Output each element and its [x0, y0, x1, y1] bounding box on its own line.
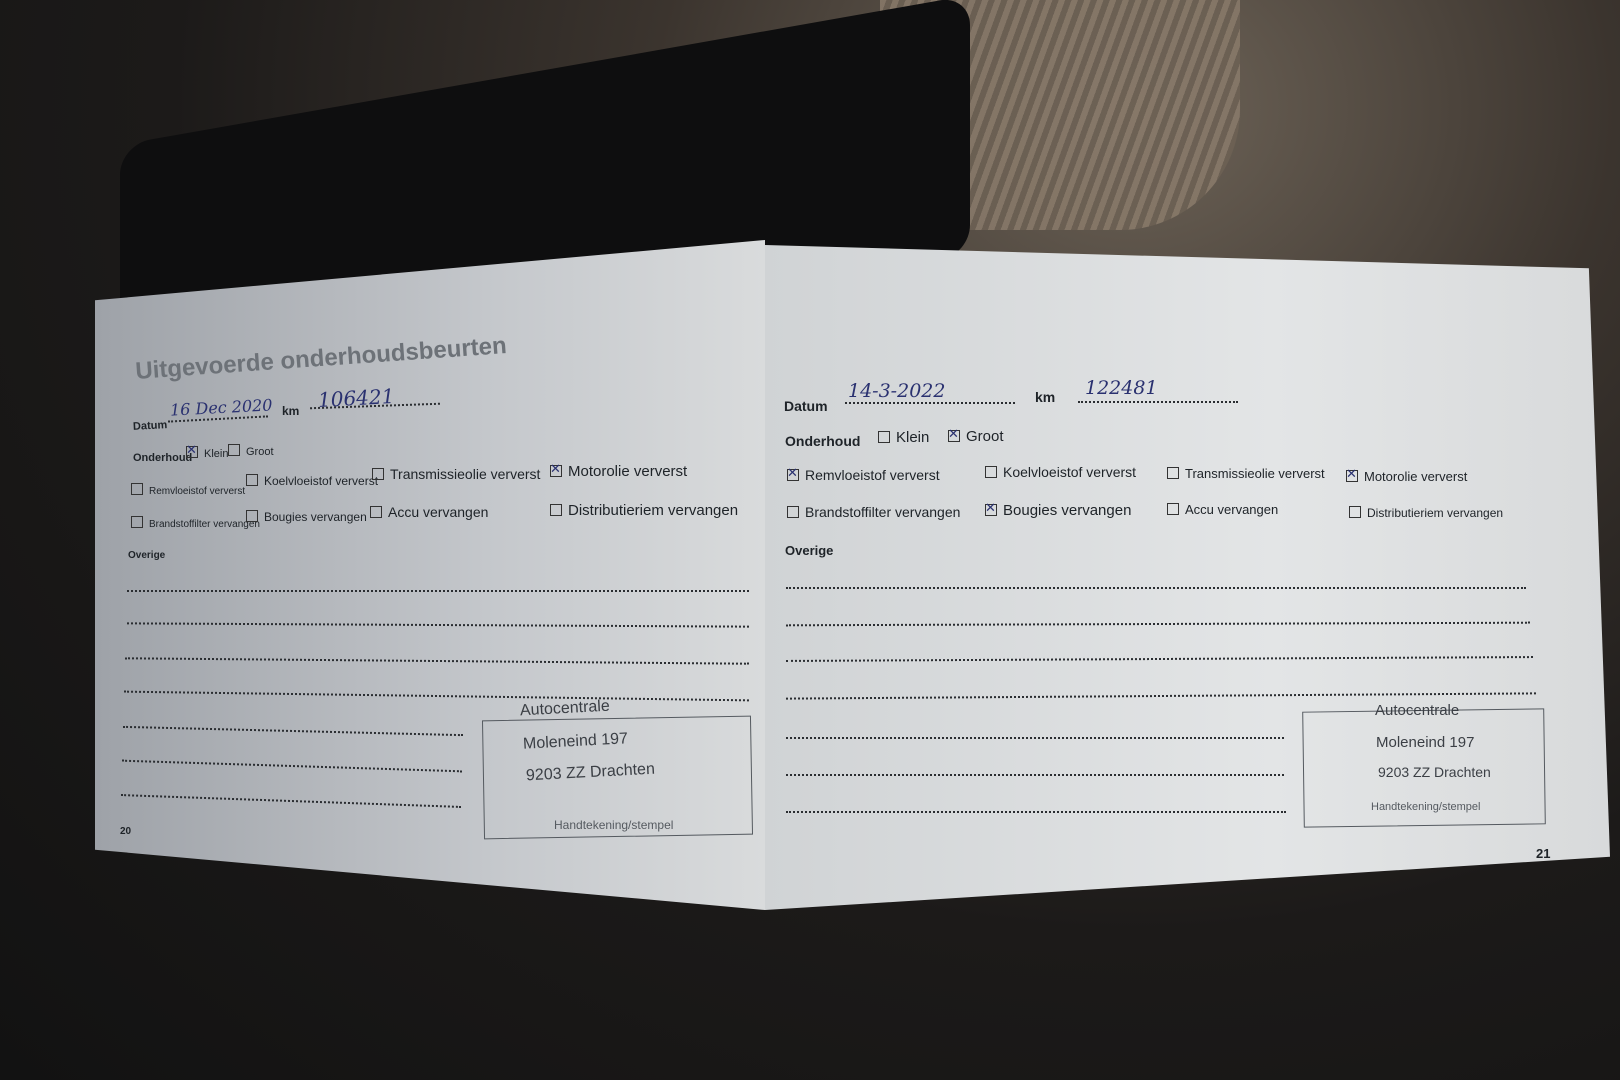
klein-checkbox[interactable]: Klein: [186, 446, 228, 460]
option-label: Bougies vervangen: [264, 510, 367, 524]
option-transmissieolie[interactable]: Transmissieolie ververst: [372, 466, 540, 482]
checkbox-icon: [1167, 467, 1179, 479]
groot-label: Groot: [246, 446, 274, 458]
datum-label: Datum: [784, 398, 828, 414]
option-label: Koelvloeistof ververst: [264, 474, 378, 488]
option-brandstoffilter[interactable]: Brandstoffilter vervangen: [787, 504, 960, 520]
checkbox-icon: [131, 516, 143, 528]
checkbox-icon: [1349, 506, 1361, 518]
option-accu[interactable]: Accu vervangen: [1167, 502, 1278, 517]
option-koelvloeistof[interactable]: Koelvloeistof ververst: [985, 464, 1136, 480]
option-distributieriem[interactable]: Distributieriem vervangen: [1349, 506, 1503, 520]
overige-line-1[interactable]: [127, 590, 749, 592]
stamp-line-1: Autocentrale: [1375, 702, 1459, 719]
checkbox-icon: [985, 466, 997, 478]
klein-label: Klein: [896, 429, 929, 446]
overige-line-5[interactable]: [786, 737, 1284, 739]
option-label: Remvloeistof ververst: [805, 467, 940, 483]
checkbox-icon: [246, 474, 258, 486]
option-label: Distributieriem vervangen: [568, 502, 738, 519]
overige-label: Overige: [785, 543, 833, 558]
option-label: Remvloeistof ververst: [149, 486, 245, 497]
km-label: km: [1035, 389, 1055, 405]
km-line: [1078, 401, 1238, 403]
option-motorolie[interactable]: Motorolie ververst: [550, 463, 687, 480]
groot-checkbox[interactable]: Groot: [228, 444, 274, 458]
datum-value[interactable]: 14-3-2022: [848, 380, 945, 402]
page-number: 21: [1536, 846, 1550, 861]
onderhoud-label: Onderhoud: [133, 452, 192, 464]
stamp-caption: Handtekening/stempel: [1371, 801, 1480, 813]
groot-checkbox[interactable]: Groot: [948, 428, 1004, 445]
option-label: Transmissieolie ververst: [1185, 466, 1325, 481]
option-transmissieolie[interactable]: Transmissieolie ververst: [1167, 466, 1325, 481]
checkbox-icon: [370, 506, 382, 518]
option-brandstoffilter[interactable]: Brandstoffilter vervangen: [131, 516, 260, 530]
option-label: Accu vervangen: [388, 504, 488, 520]
checkbox-icon: [1167, 503, 1179, 515]
checkbox-icon: [372, 468, 384, 480]
onderhoud-label: Onderhoud: [785, 433, 860, 449]
option-bougies[interactable]: Bougies vervangen: [246, 510, 367, 524]
groot-label: Groot: [966, 428, 1004, 445]
klein-checkbox[interactable]: Klein: [878, 429, 929, 446]
checkbox-icon: [787, 506, 799, 518]
option-label: Brandstoffilter vervangen: [149, 519, 260, 530]
km-value[interactable]: 106421: [317, 384, 395, 412]
checkbox-icon: [550, 504, 562, 516]
option-label: Motorolie ververst: [568, 463, 687, 480]
option-distributieriem[interactable]: Distributieriem vervangen: [550, 502, 738, 519]
option-label: Motorolie ververst: [1364, 469, 1467, 484]
option-label: Accu vervangen: [1185, 502, 1278, 517]
stamp-line-3: 9203 ZZ Drachten: [1378, 764, 1491, 780]
option-label: Transmissieolie ververst: [390, 466, 540, 482]
datum-line: [845, 402, 1015, 404]
overige-label: Overige: [128, 550, 165, 561]
option-accu[interactable]: Accu vervangen: [370, 504, 488, 520]
km-label: km: [282, 404, 299, 418]
option-motorolie[interactable]: Motorolie ververst: [1346, 469, 1467, 484]
checkbox-icon: [228, 444, 240, 456]
checkbox-icon: [186, 446, 198, 458]
checkbox-icon: [1346, 470, 1358, 482]
klein-label: Klein: [204, 448, 228, 460]
page-number: 20: [120, 826, 131, 837]
option-label: Brandstoffilter vervangen: [805, 504, 960, 520]
option-koelvloeistof[interactable]: Koelvloeistof ververst: [246, 474, 378, 488]
checkbox-icon: [550, 465, 562, 477]
km-value[interactable]: 122481: [1085, 377, 1158, 399]
datum-label: Datum: [133, 419, 168, 433]
checkbox-icon: [878, 431, 890, 443]
overige-line-7[interactable]: [786, 811, 1286, 813]
checkbox-icon: [787, 469, 799, 481]
checkbox-icon: [985, 504, 997, 516]
option-remvloeistof[interactable]: Remvloeistof ververst: [131, 483, 245, 497]
option-label: Bougies vervangen: [1003, 502, 1131, 519]
maintenance-booklet: Uitgevoerde onderhoudsbeurten Datum 16 D…: [0, 0, 1620, 1080]
checkbox-icon: [246, 510, 258, 522]
checkbox-icon: [948, 430, 960, 442]
checkbox-icon: [131, 483, 143, 495]
option-label: Koelvloeistof ververst: [1003, 464, 1136, 480]
overige-line-1[interactable]: [786, 587, 1526, 589]
stamp-caption: Handtekening/stempel: [554, 818, 673, 832]
overige-line-6[interactable]: [786, 774, 1284, 776]
option-bougies[interactable]: Bougies vervangen: [985, 502, 1131, 519]
option-remvloeistof[interactable]: Remvloeistof ververst: [787, 467, 940, 483]
option-label: Distributieriem vervangen: [1367, 506, 1503, 520]
stamp-line-2: Moleneind 197: [1376, 734, 1474, 751]
